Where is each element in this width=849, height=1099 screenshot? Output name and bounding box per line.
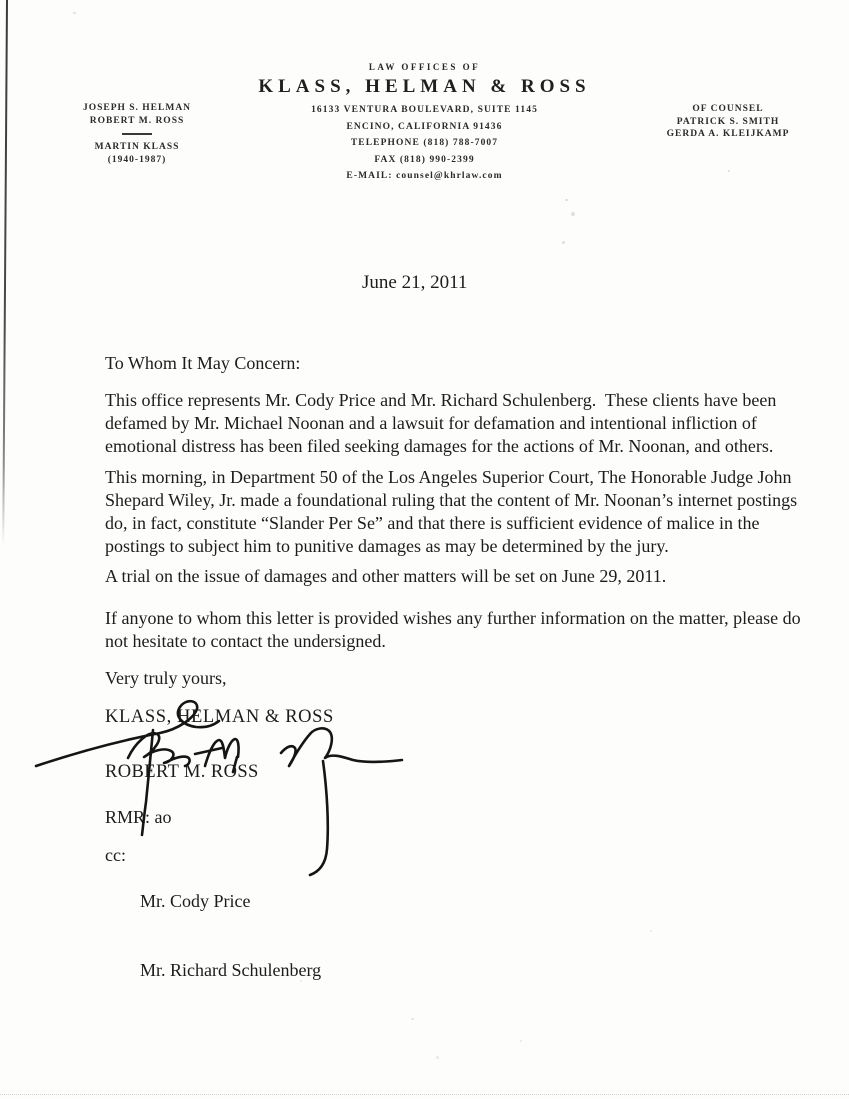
paragraph-1: This office represents Mr. Cody Price an… xyxy=(105,389,805,458)
letterhead-attorneys: JOSEPH S. HELMAN ROBERT M. ROSS MARTIN K… xyxy=(62,102,212,167)
paragraph-4: If anyone to whom this letter is provide… xyxy=(105,607,805,653)
letterhead-divider xyxy=(122,133,152,135)
paragraph-2: This morning, in Department 50 of the Lo… xyxy=(105,466,811,558)
of-counsel-name: PATRICK S. SMITH xyxy=(648,116,808,129)
law-offices-tagline: LAW OFFICES OF xyxy=(0,62,849,72)
firm-email: E-MAIL: counsel@khrlaw.com xyxy=(0,171,849,181)
memorial-name: MARTIN KLASS xyxy=(62,141,212,154)
memorial-years: (1940-1987) xyxy=(62,154,212,167)
attorney-name: ROBERT M. ROSS xyxy=(62,115,212,128)
closing: Very truly yours, xyxy=(105,667,226,690)
of-counsel-name: GERDA A. KLEIJKAMP xyxy=(648,128,808,141)
scanned-letter-page: LAW OFFICES OF KLASS, HELMAN & ROSS 1613… xyxy=(0,0,849,1099)
handwritten-signature xyxy=(0,690,450,890)
cc-name: Mr. Richard Schulenberg xyxy=(140,959,321,982)
paragraph-3: A trial on the issue of damages and othe… xyxy=(105,565,805,588)
salutation: To Whom It May Concern: xyxy=(105,352,300,375)
attorney-name: JOSEPH S. HELMAN xyxy=(62,102,212,115)
cc-name: Mr. Cody Price xyxy=(140,890,321,913)
scan-bottom-artifact xyxy=(0,1094,849,1096)
letter-date: June 21, 2011 xyxy=(362,271,467,294)
firm-name: KLASS, HELMAN & ROSS xyxy=(0,76,849,98)
of-counsel-title: OF COUNSEL xyxy=(648,103,808,116)
letterhead-of-counsel: OF COUNSEL PATRICK S. SMITH GERDA A. KLE… xyxy=(648,103,808,141)
